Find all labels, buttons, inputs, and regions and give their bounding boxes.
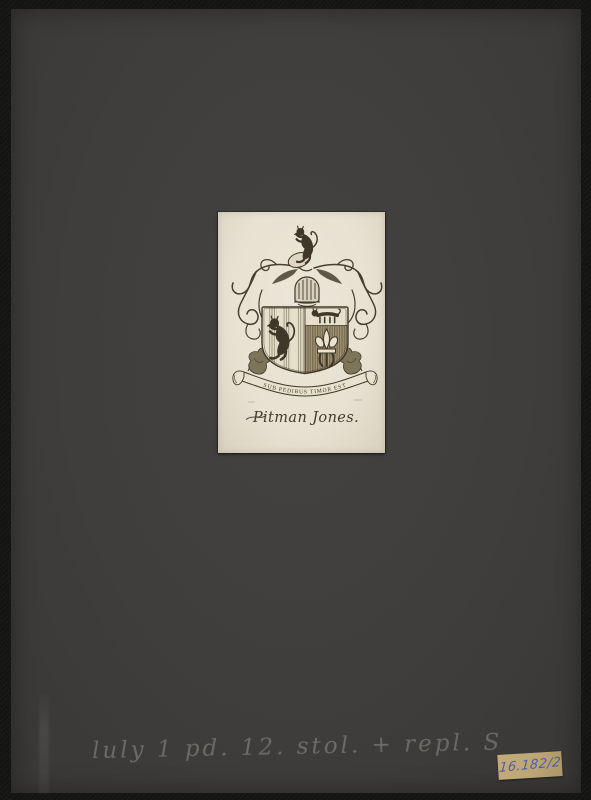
shield: [262, 307, 348, 375]
inventory-label-text: 16.182/2: [498, 755, 561, 776]
owner-name: Pitman Jones.: [252, 410, 359, 426]
bookplate-paper: SUB PEDIBUS TIMOR EST Pitman Jones.: [218, 212, 385, 453]
sinister-chief: [305, 307, 348, 326]
engraver-marks: [248, 400, 362, 402]
helmet-icon: [294, 267, 320, 306]
coat-of-arms: SUB PEDIBUS TIMOR EST Pitman Jones.: [218, 212, 385, 453]
inventory-label: 16.182/2: [497, 751, 562, 780]
chalk-smudge: [39, 689, 49, 794]
